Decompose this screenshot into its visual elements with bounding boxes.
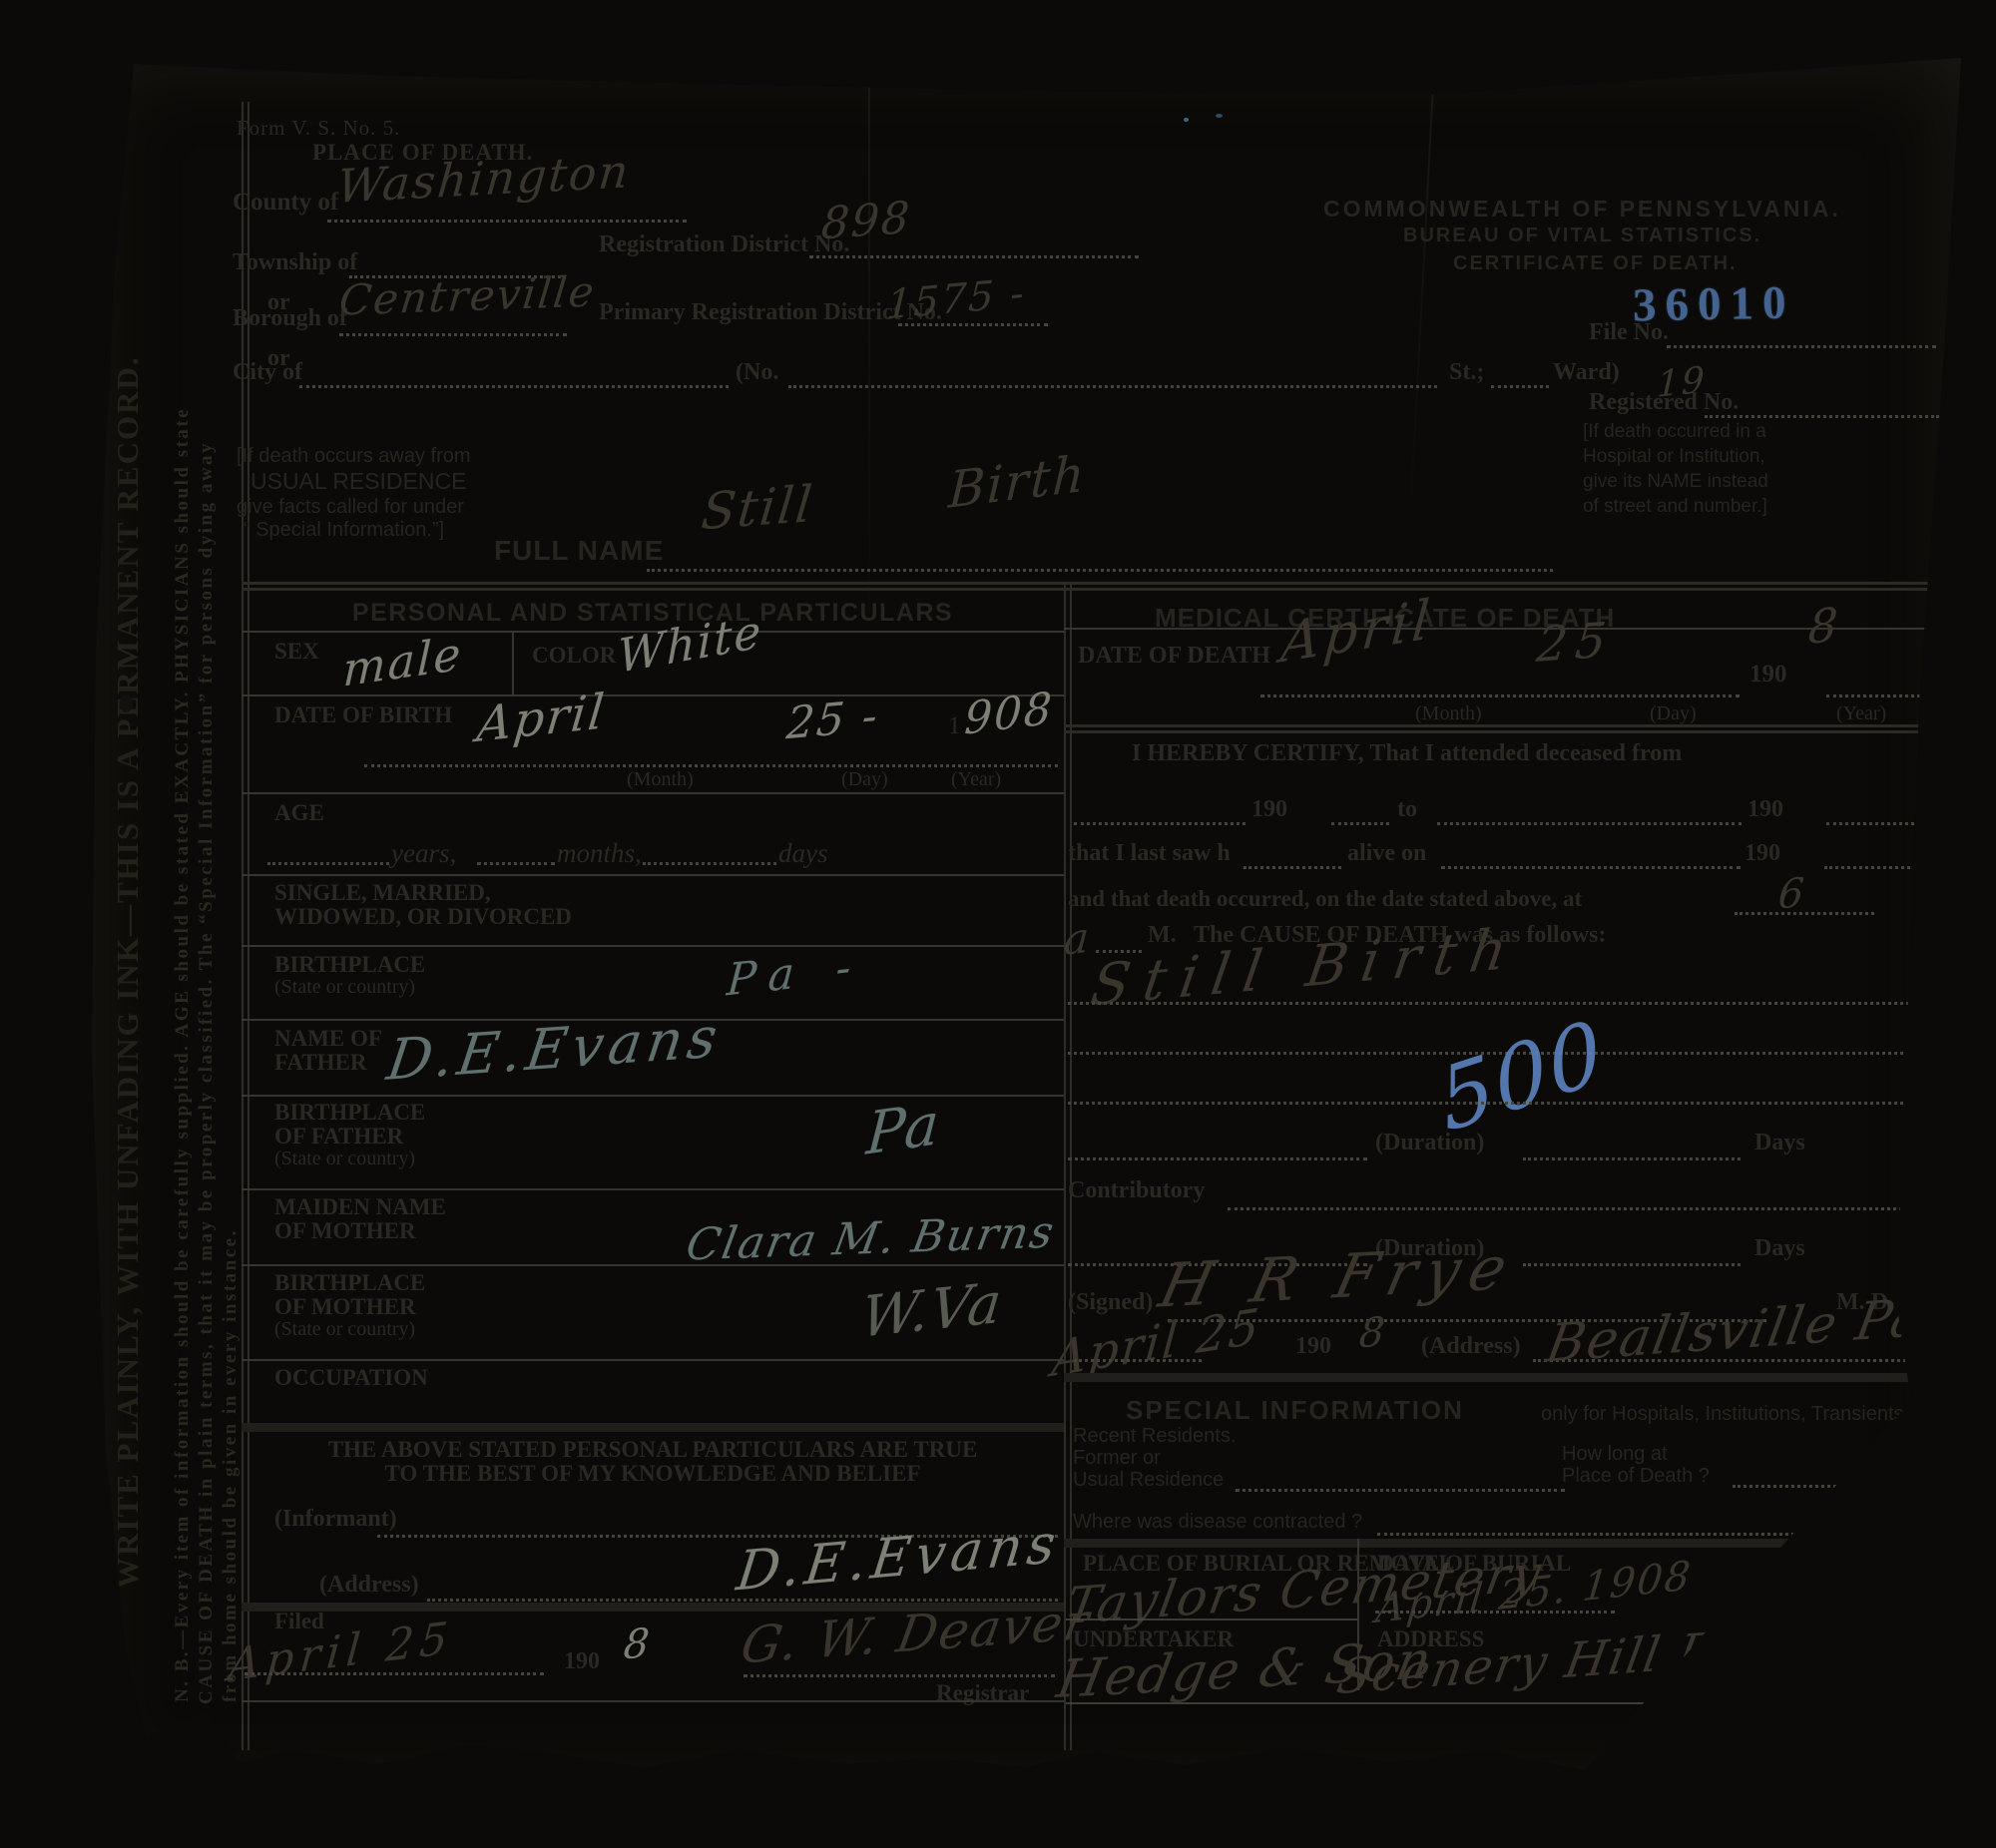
dob-day-value: 25 - [784,694,880,747]
state-country-caption: (State or country) [274,1148,415,1170]
year-caption: (Year) [951,768,1001,791]
month-caption: (Month) [1415,702,1482,725]
sidebar-nb-line1: N. B.—Every item of information should b… [172,407,194,1702]
dob-year-printed: 1 [948,712,961,740]
borough-value: Centreville [337,270,598,321]
punch-hole [120,694,133,712]
borough-line [339,333,567,336]
how-long-label: How long at [1562,1443,1668,1466]
days-caption: Days [1882,1465,1928,1488]
dob-month-value: April [475,688,608,749]
attended-line [1074,822,1246,825]
rule [242,1264,1064,1266]
sign-address-label: (Address) [1421,1333,1521,1360]
signed-label: (Signed) [1068,1289,1153,1316]
state-country-caption: (State or country) [274,976,415,999]
duration-line [1523,1157,1741,1160]
photo-of-death-certificate: { "page": {"background": "#0b0a08", "pap… [0,0,1996,1848]
bureau-heading: BUREAU OF VITAL STATISTICS. [1403,225,1761,247]
filed-year-printed: 190 [564,1648,600,1675]
section-separator [1064,1373,1941,1382]
file-no-label: File No. [1589,319,1669,346]
how-long-label: Place of Death ? [1562,1465,1710,1488]
informant-value: D.E.Evans [734,1516,1063,1599]
duration-line [1068,1157,1367,1160]
form-number: Form V. S. No. 5. [237,116,400,141]
last-saw-line [1244,866,1341,869]
dod-line [1826,694,1938,697]
hour-line [1735,912,1874,915]
filed-year-value: 8 [622,1623,653,1666]
punch-hole [103,170,126,198]
registration-value: 898 [820,197,913,247]
ink-speck [1184,118,1189,122]
rule [1064,724,1941,733]
dod-year-printed: 190 [1749,661,1787,689]
birthplace-label: BIRTHPLACE [274,952,425,978]
dod-year-value: 8 [1806,601,1840,651]
marital-label: SINGLE, MARRIED, [274,880,491,906]
year-190: 190 [1747,796,1783,823]
father-name-label: FATHER [274,1050,366,1076]
death-occurred-text: and that death occurred, on the date sta… [1068,886,1582,912]
rule [242,792,1064,794]
mother-birthplace-label: OF MOTHER [274,1294,416,1320]
city-line [299,385,729,388]
rule [242,1700,1064,1702]
sidebar-nb-line3: from home should be given in every insta… [220,1228,242,1702]
m-label: M. [1148,922,1177,949]
street-label: St.; [1449,359,1484,386]
rule [242,945,1064,947]
county-label: County of [233,189,338,217]
informant-label: (Informant) [274,1506,397,1533]
hospital-note-line: [If death occurred in a [1583,421,1766,443]
day-caption: (Day) [1650,702,1697,725]
full-name-last-value: Birth [947,448,1088,516]
former-residence-label: Former or [1073,1447,1161,1470]
mother-name-value: Clara M. Burns [683,1210,1058,1267]
year-190: 190 [1745,840,1780,867]
certificate-heading: CERTIFICATE OF DEATH. [1453,252,1738,275]
cause-line [1068,1002,1939,1005]
father-birthplace-label: BIRTHPLACE [274,1100,425,1126]
signature-date-line [1074,1359,1202,1362]
paper-crease [868,54,870,613]
certify-text: I HEREBY CERTIFY, That I attended deceas… [1132,740,1682,767]
cause-line [1068,1102,1939,1105]
certificate-paper: WRITE PLAINLY, WITH UNFADING INK—THIS IS… [88,54,1961,1796]
father-name-label: NAME OF [274,1026,382,1052]
attended-line [1331,822,1389,825]
rule [242,1188,1064,1190]
township-label: Township of [233,249,357,276]
registration-line [809,255,1139,258]
occupation-label: OCCUPATION [274,1365,428,1391]
full-name-first-value: Still [699,479,815,537]
birthplace-value: Pa - [726,944,866,1003]
attestation-text: THE ABOVE STATED PERSONAL PARTICULARS AR… [242,1437,1064,1463]
year-190: 190 [1251,796,1287,823]
day-caption: (Day) [841,768,888,791]
month-caption: (Month) [627,768,694,791]
age-label: AGE [274,800,324,826]
full-name-label: FULL NAME [494,535,664,567]
ward-label: Ward) [1553,359,1620,386]
undertaker-line [1066,1702,1685,1704]
duration2-line [1523,1263,1741,1266]
to-word: to [1397,796,1417,823]
date-of-birth-label: DATE OF BIRTH [274,702,452,728]
attended-line [1826,822,1939,825]
street-no-line [788,385,1437,388]
contributory-line [1228,1207,1939,1210]
hospital-note-line: give its NAME instead [1583,471,1768,493]
color-label: COLOR [532,643,616,669]
last-saw-line [1824,866,1939,869]
county-line [327,220,687,223]
father-birthplace-value: Pa [864,1094,942,1163]
dod-day-value: 25 [1535,616,1617,670]
sidebar-warning-text: WRITE PLAINLY, WITH UNFADING INK—THIS IS… [110,355,146,1589]
registrar-label: Registrar [936,1680,1029,1706]
age-line [267,862,389,865]
rule [242,694,1064,696]
informant-address-label: (Address) [319,1572,419,1599]
death-hour-value: 6 [1776,873,1807,916]
year-caption: (Year) [1836,702,1886,725]
age-years-caption: years, [391,838,456,869]
duration-label: (Duration) [1375,1130,1484,1156]
how-long-line [1733,1485,1872,1488]
street-no-label: (No. [736,359,778,386]
disease-contracted-label: Where was disease contracted ? [1073,1511,1362,1534]
special-info-title: SPECIAL INFORMATION [1126,1395,1464,1426]
filed-date-value: April 25 [227,1617,455,1688]
age-months-caption: months, [557,838,642,869]
alive-on-text: alive on [1347,840,1426,867]
age-line [643,862,776,865]
last-saw-text: that I last saw h [1068,840,1231,867]
contributory-label: Contributory [1068,1177,1205,1204]
rule [242,874,1064,876]
sidebar-nb-line2: CAUSE OF DEATH in plain terms, that it m… [196,441,218,1704]
dob-line [364,764,1058,767]
registration-district-label: Registration District No. [599,231,849,258]
mother-birthplace-label: BIRTHPLACE [274,1270,425,1296]
attestation-text: TO THE BEST OF MY KNOWLEDGE AND BELIEF [242,1461,1064,1487]
full-name-line [647,569,1553,572]
physician-signature: H R Frye [1154,1237,1522,1316]
filed-line [245,1672,544,1675]
dob-year-value: 908 [963,687,1055,742]
age-days-caption: days [778,838,828,869]
state-country-caption: (State or country) [274,1318,415,1341]
mother-name-label: MAIDEN NAME [274,1194,446,1220]
am-value: a [1063,916,1093,961]
paper-crease [1410,84,1434,503]
sign-year-printed: 190 [1295,1333,1331,1360]
street-line [1491,385,1549,388]
burial-place-line [1066,1618,1357,1620]
disease-contracted-line [1377,1533,1939,1536]
attended-line [1437,822,1742,825]
file-no-line [1667,345,1936,348]
section-separator [242,1423,1064,1432]
residence-note-line: give facts called for under [237,496,464,519]
dod-line [1260,694,1740,697]
primary-district-value: 1575 - [885,273,1027,326]
sex-value: male [342,630,463,693]
residence-note-line: USUAL RESIDENCE [250,468,466,495]
days-label: Days [1754,1130,1805,1156]
hospital-note-line: of street and number.] [1583,496,1767,518]
residence-note-line: [If death occurs away from [237,445,471,468]
form-center-divider [1064,582,1072,1750]
cause-code-value: 500 [1434,1008,1611,1146]
commonwealth-heading: COMMONWEALTH OF PENNSYLVANIA. [1323,196,1841,223]
father-name-value: D.E.Evans [383,1010,725,1090]
days2-label: Days [1754,1235,1805,1262]
father-birthplace-label: OF FATHER [274,1124,403,1150]
sex-label: SEX [274,639,319,665]
former-residence-line [1236,1489,1565,1492]
former-residence-label: Usual Residence [1073,1469,1224,1492]
residence-note-line: “ Special Information.”] [244,519,444,542]
mother-name-label: OF MOTHER [274,1218,416,1244]
rule [242,1359,1064,1361]
full-name-rule [242,582,1941,591]
county-value: Washington [335,148,632,210]
date-of-death-label: DATE OF DEATH [1078,643,1270,670]
hospital-note-line: Hospital or Institution, [1583,446,1765,468]
city-label: City of [233,359,302,386]
sign-year-value: 8 [1357,1312,1388,1355]
burial-date-line [1375,1611,1615,1614]
special-info-note: Recent Residents. [1073,1425,1236,1448]
marital-label: WIDOWED, OR DIVORCED [274,904,572,930]
registered-no-line [1705,415,1939,418]
sex-color-divider [512,631,514,696]
special-info-note: only for Hospitals, Institutions, Transi… [1541,1403,1932,1426]
form-left-border [242,102,249,1750]
borough-label: Borough of [233,305,347,332]
age-line [477,862,555,865]
mother-birthplace-value: W.Va [858,1275,1005,1347]
registered-no-value: 19 [1657,362,1708,404]
last-saw-line [1441,866,1741,869]
registrar-line [744,1674,1055,1677]
ink-speck [1216,114,1223,118]
